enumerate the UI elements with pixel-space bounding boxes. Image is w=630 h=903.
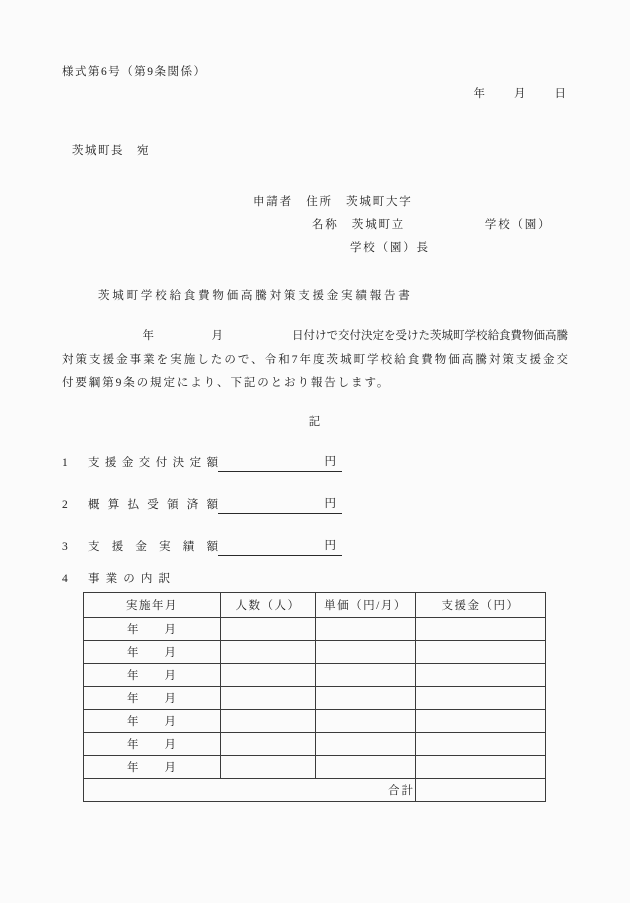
item-label: 支援金実績額 — [88, 539, 218, 556]
amount-cell — [416, 641, 546, 664]
item-grant-decision-amount: 1支援金交付決定額円 — [62, 454, 342, 472]
table-row: 年 月 — [84, 710, 546, 733]
item-provisional-payment-amount: 2概算払受領済額円 — [62, 496, 342, 514]
item-label: 支援金交付決定額 — [88, 455, 218, 472]
amount-cell — [416, 664, 546, 687]
unit-price-cell — [316, 710, 416, 733]
document-page: 様式第6号（第9条関係） 年 月 日 茨城町長 宛 申請者 住所 茨城町大字 名… — [0, 0, 630, 903]
people-cell — [221, 756, 316, 779]
month-cell: 年 月 — [84, 687, 221, 710]
applicant-block: 申請者 住所 茨城町大字 名称 茨城町立 学校（園） 学校（園）長 — [253, 191, 551, 260]
item-number: 2 — [62, 497, 88, 514]
yen-unit-label: 円 — [325, 498, 337, 510]
body-line-3: 付要綱第9条の規定により、下記のとおり報告します。 — [62, 372, 568, 396]
table-row: 年 月 — [84, 641, 546, 664]
table-row: 年 月 — [84, 664, 546, 687]
breakdown-table: 実施年月 人数（人） 単価（円/月） 支援金（円） 年 月 年 月 年 月 年 … — [83, 592, 546, 802]
document-title: 茨城町学校給食費物価高騰対策支援金実績報告書 — [98, 287, 413, 303]
month-cell: 年 月 — [84, 733, 221, 756]
people-cell — [221, 687, 316, 710]
amount-cell — [416, 618, 546, 641]
header-subsidy: 支援金（円） — [416, 593, 546, 618]
unit-price-cell — [316, 618, 416, 641]
applicant-name-line: 名称 茨城町立 学校（園） — [312, 214, 551, 237]
table-row: 年 月 — [84, 618, 546, 641]
month-cell: 年 月 — [84, 664, 221, 687]
table-row: 年 月 — [84, 756, 546, 779]
month-cell: 年 月 — [84, 710, 221, 733]
section-project-breakdown: 4事業の内訳 — [62, 572, 170, 587]
amount-cell — [416, 733, 546, 756]
people-cell — [221, 618, 316, 641]
header-month: 実施年月 — [84, 593, 221, 618]
table-header-row: 実施年月 人数（人） 単価（円/月） 支援金（円） — [84, 593, 546, 618]
header-unit-price: 単価（円/月） — [316, 593, 416, 618]
item-label: 概算払受領済額 — [88, 497, 218, 514]
ki-heading: 記 — [0, 413, 630, 429]
item-actual-grant-amount: 3支援金実績額円 — [62, 538, 342, 556]
table-row: 年 月 — [84, 687, 546, 710]
amount-blank-field: 円 — [218, 454, 342, 472]
people-cell — [221, 710, 316, 733]
item-number: 1 — [62, 455, 88, 472]
month-cell: 年 月 — [84, 641, 221, 664]
applicant-address-line: 申請者 住所 茨城町大字 — [253, 191, 551, 214]
unit-price-cell — [316, 641, 416, 664]
month-cell: 年 月 — [84, 618, 221, 641]
table-total-row: 合計 — [84, 779, 546, 802]
table-row: 年 月 — [84, 733, 546, 756]
total-amount-cell — [416, 779, 546, 802]
amount-blank-field: 円 — [218, 496, 342, 514]
yen-unit-label: 円 — [325, 540, 337, 552]
form-number: 様式第6号（第9条関係） — [62, 63, 207, 79]
section-label: 事業の内訳 — [88, 572, 170, 587]
total-label-cell: 合計 — [84, 779, 416, 802]
unit-price-cell — [316, 733, 416, 756]
people-cell — [221, 664, 316, 687]
month-cell: 年 月 — [84, 756, 221, 779]
body-line-2: 対策支援金事業を実施したので、令和7年度茨城町学校給食費物価高騰対策支援金交 — [62, 349, 568, 373]
people-cell — [221, 641, 316, 664]
yen-unit-label: 円 — [325, 456, 337, 468]
amount-cell — [416, 756, 546, 779]
item-number: 4 — [62, 572, 88, 587]
body-paragraph: 年 月 日付けで交付決定を受けた茨城町学校給食費物価高騰 対策支援金事業を実施し… — [62, 325, 568, 396]
unit-price-cell — [316, 756, 416, 779]
unit-price-cell — [316, 664, 416, 687]
addressee-line: 茨城町長 宛 — [72, 142, 150, 158]
amount-cell — [416, 687, 546, 710]
amount-cell — [416, 710, 546, 733]
unit-price-cell — [316, 687, 416, 710]
people-cell — [221, 733, 316, 756]
item-number: 3 — [62, 539, 88, 556]
applicant-principal-line: 学校（園）長 — [350, 237, 551, 260]
body-line-1: 年 月 日付けで交付決定を受けた茨城町学校給食費物価高騰 — [62, 325, 568, 349]
date-blank-line: 年 月 日 — [474, 85, 569, 101]
amount-blank-field: 円 — [218, 538, 342, 556]
header-people: 人数（人） — [221, 593, 316, 618]
